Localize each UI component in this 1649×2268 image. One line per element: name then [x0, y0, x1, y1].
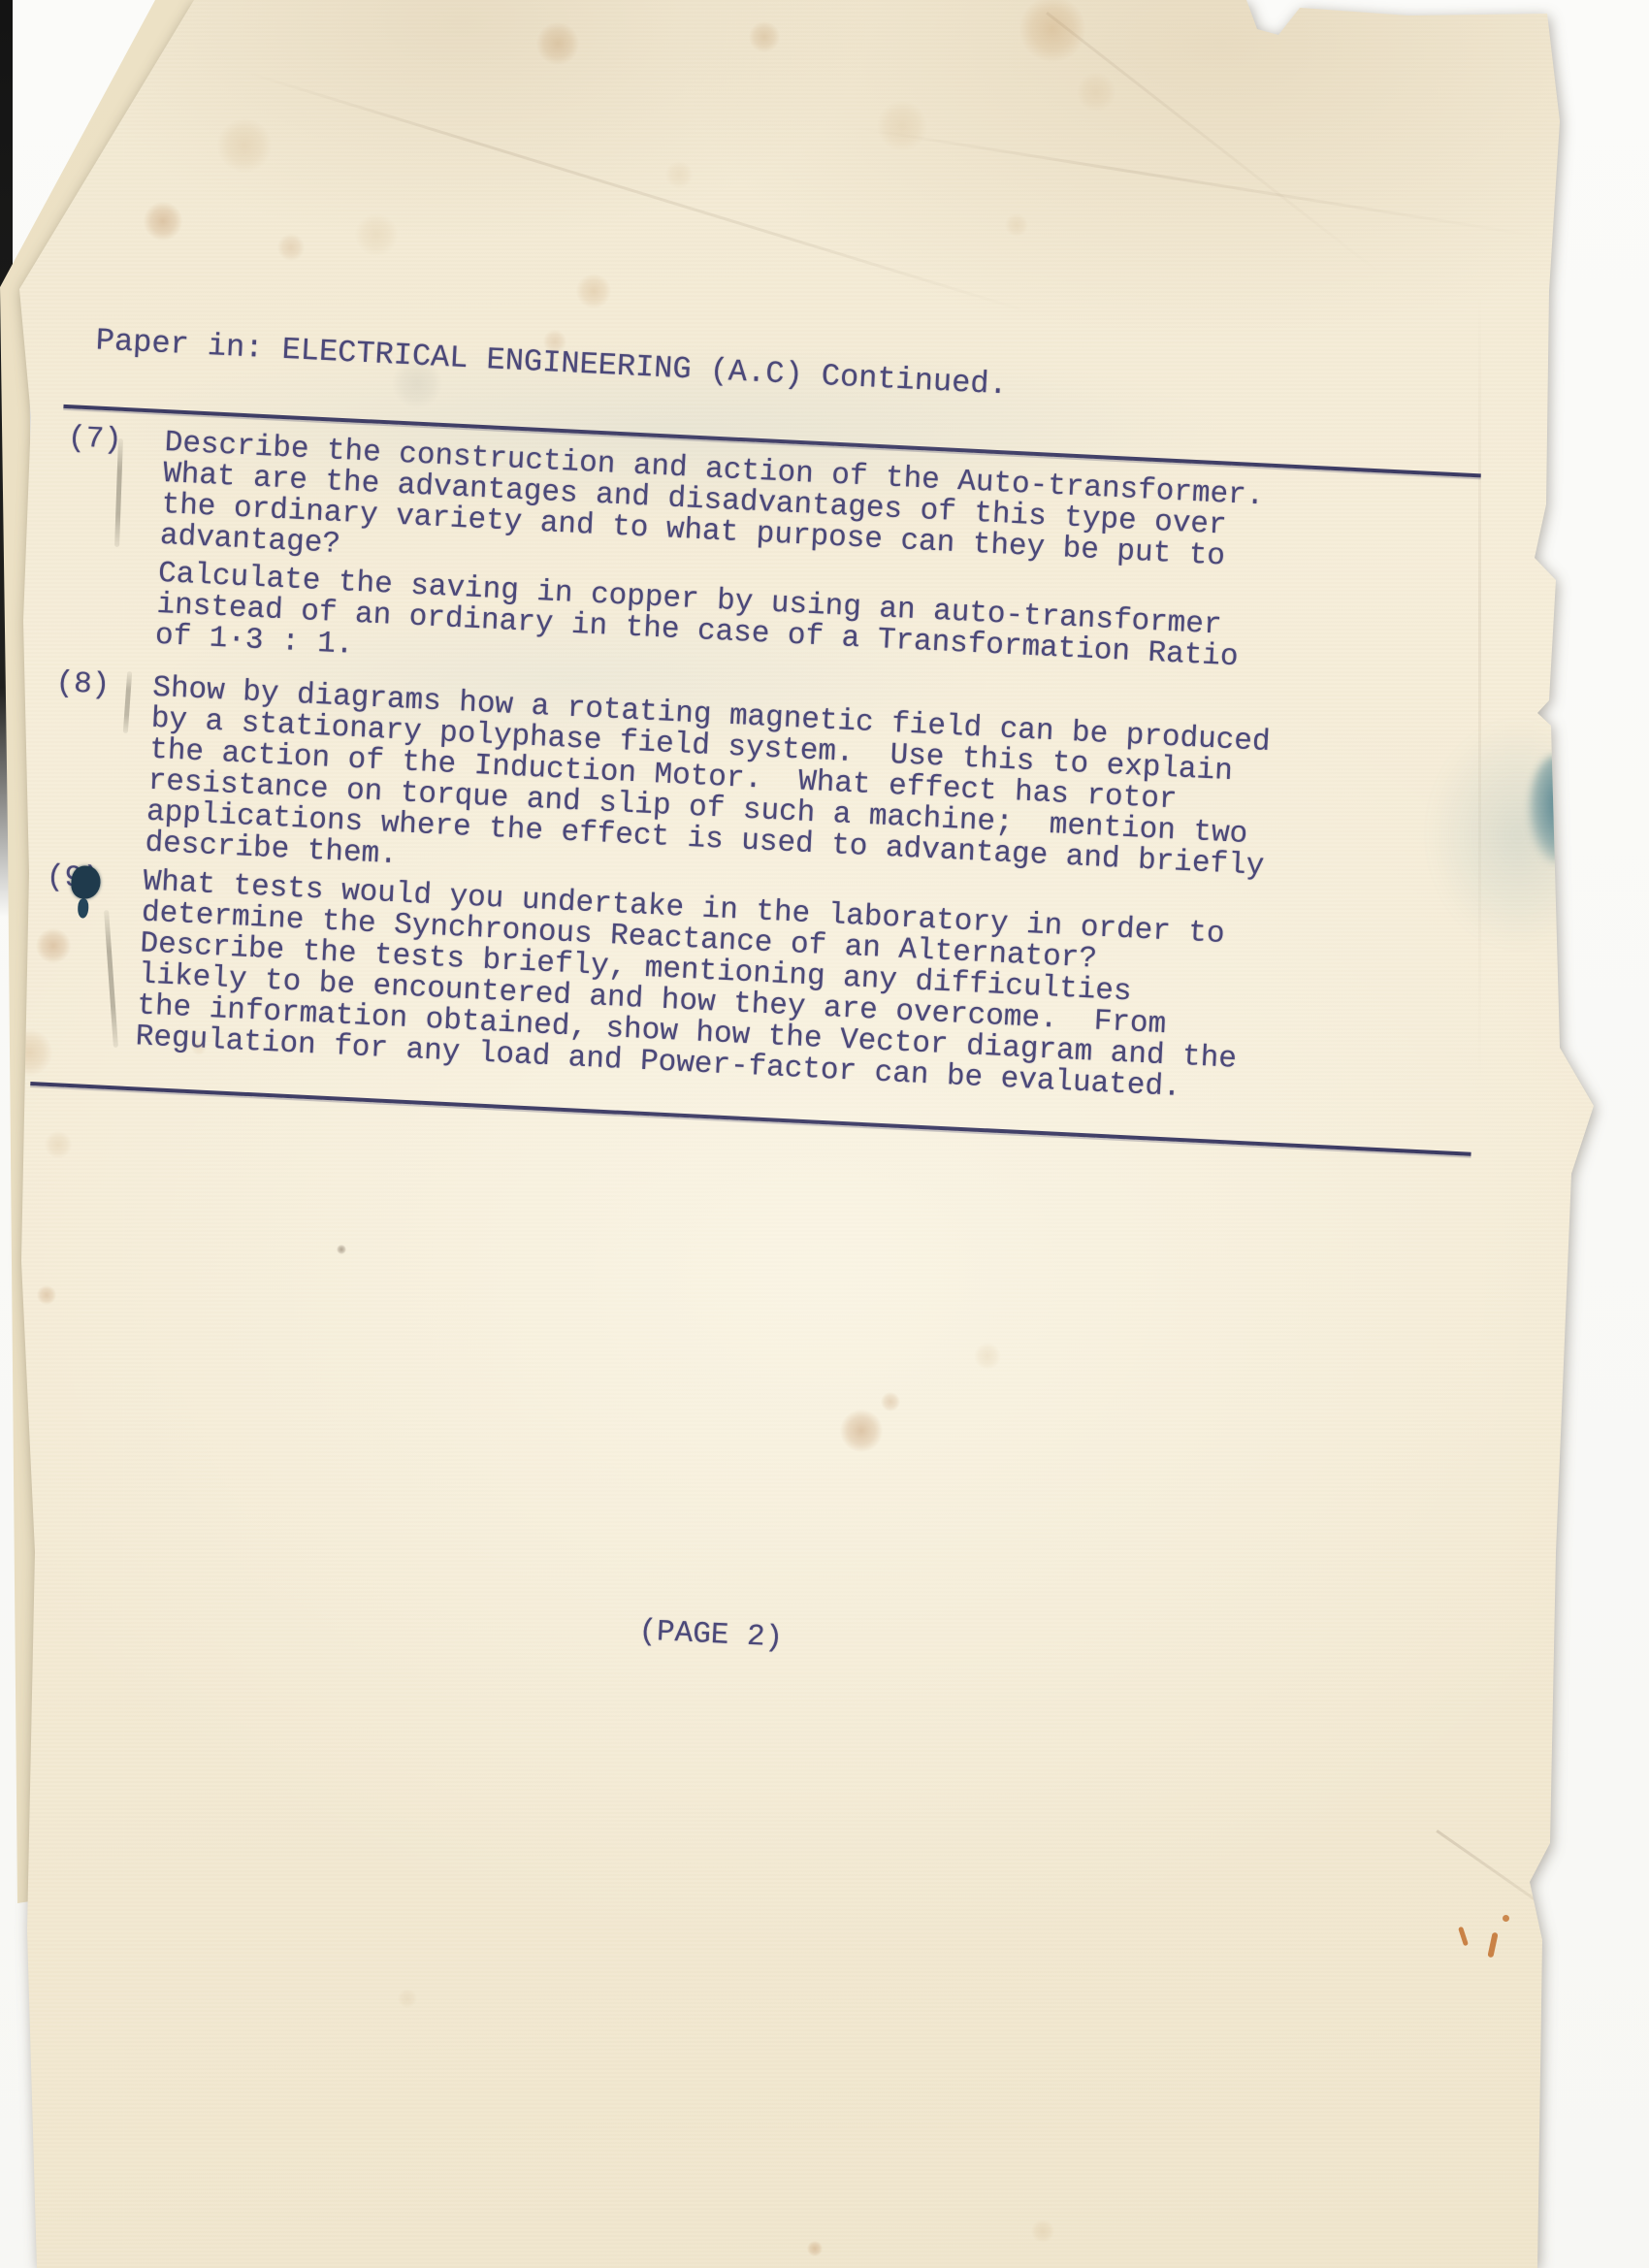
paper-sheet: Paper in: ELECTRICAL ENGINEERING (A.C) C…	[0, 0, 1649, 2268]
scanned-exam-page: Paper in: ELECTRICAL ENGINEERING (A.C) C…	[0, 0, 1649, 2268]
stain	[0, 1638, 30, 1669]
stain	[277, 234, 305, 261]
stain	[576, 274, 611, 308]
stain	[355, 213, 398, 256]
stain	[45, 1131, 72, 1158]
stain	[1560, 342, 1583, 366]
stain	[6, 1029, 52, 1076]
stain	[144, 202, 182, 241]
page-header-title: Paper in: ELECTRICAL ENGINEERING (A.C) C…	[95, 325, 1511, 425]
stain	[191, 1040, 207, 1055]
stain	[1568, 528, 1599, 559]
stain	[877, 101, 927, 151]
question-7-text: Describe the construction and action of …	[154, 428, 1506, 717]
stain	[217, 118, 272, 173]
stain	[398, 1989, 417, 2008]
stain	[37, 1285, 56, 1305]
stain	[665, 161, 693, 188]
stain	[0, 2115, 29, 2154]
stain	[36, 928, 71, 963]
orange-pen-mark	[1458, 1927, 1469, 1947]
page-number: (PAGE 2)	[638, 1616, 784, 1654]
typed-text-block: Paper in: ELECTRICAL ENGINEERING (A.C) C…	[1, 316, 1512, 1763]
stain	[881, 1392, 900, 1411]
stain	[1005, 213, 1028, 237]
paper-crease	[854, 126, 1544, 239]
stain	[840, 1409, 883, 1452]
paper-sheet-wrap: Paper in: ELECTRICAL ENGINEERING (A.C) C…	[0, 0, 1649, 2268]
stain	[1031, 2219, 1054, 2243]
stain	[1019, 0, 1085, 62]
blue-ink-stain	[1529, 755, 1585, 863]
stain	[1077, 73, 1115, 112]
paper-crease	[1046, 12, 1384, 276]
stain	[337, 1245, 346, 1254]
stain	[392, 358, 442, 408]
question-7-number: (7)	[51, 423, 165, 652]
stain	[749, 21, 780, 52]
stain	[536, 22, 579, 65]
blue-ink-halo	[1426, 718, 1610, 951]
ink-blot-drip	[78, 898, 89, 919]
stain	[807, 2241, 823, 2256]
question-8-number: (8)	[42, 668, 153, 859]
stain	[974, 1343, 1001, 1370]
orange-pen-dot	[1503, 1915, 1509, 1922]
orange-pen-mark	[1487, 1932, 1498, 1959]
stain	[543, 330, 566, 353]
